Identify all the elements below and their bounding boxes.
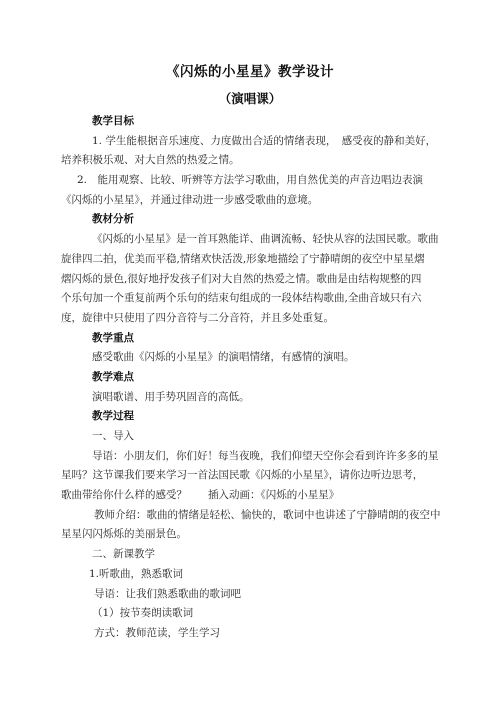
document-line: 导语：让我们熟悉歌曲的歌词吧 (61, 585, 444, 605)
document-subtitle: （演唱课） (0, 80, 500, 107)
document-line: 演唱歌谱、用手势巩固音的高低。 (61, 388, 444, 408)
section-heading: 教学过程 (61, 407, 444, 427)
document-line: 《闪烁的小星星》，并通过律动进一步感受歌曲的意境。 (61, 191, 444, 211)
document-line: 旋律四二拍，优美而平稳,情绪欢快活泼,形象地描绘了宁静晴朗的夜空中星星熠 (61, 250, 444, 270)
document-line: 星吗？这节课我们要来学习一首法国民歌《闪烁的小星星》，请你边听边思考， (61, 466, 444, 486)
document-line: 方式：教师范读，学生学习 (61, 624, 444, 644)
document-line: 1. 学生能根据音乐速度、力度做出合适的情绪表现， 感受夜的静和美好， (61, 132, 444, 152)
section-heading: 教学目标 (61, 112, 444, 132)
section-heading: 教学难点 (61, 368, 444, 388)
document-line: 1.听歌曲，熟悉歌词 (61, 565, 444, 585)
section-heading: 教学重点 (61, 329, 444, 349)
document-line: 熠闪烁的景色,很好地抒发孩子们对大自然的热爱之情。歌曲是由结构规整的四 (61, 270, 444, 290)
document-line: 导语：小朋友们，你们好！每当夜晚，我们仰望天空你会看到许许多多的星 (61, 447, 444, 467)
section-heading: 教材分析 (61, 210, 444, 230)
document-body: 教学目标1. 学生能根据音乐速度、力度做出合适的情绪表现， 感受夜的静和美好，培… (0, 112, 500, 644)
document-line: 2. 能用观察、比较、听辨等方法学习歌曲，用自然优美的声音边唱边表演 (61, 171, 444, 191)
document-line: 度，旋律中只使用了四分音符与二分音符，并且多处重复。 (61, 309, 444, 329)
document-line: 二、新课教学 (61, 545, 444, 565)
document-line: 一、导入 (61, 427, 444, 447)
document-line: 感受歌曲《闪烁的小星星》的演唱情绪，有感情的演唱。 (61, 348, 444, 368)
document-line: 个乐句加一个重复前两个乐句的结束句组成的一段体结构歌曲,全曲音域只有六 (61, 289, 444, 309)
document-line: 歌曲带给你什么样的感受？ 插入动画：《闪烁的小星星》 (61, 486, 444, 506)
document-line: 教师介绍：歌曲的情绪是轻松、愉快的，歌词中也讲述了宁静晴朗的夜空中 (61, 506, 444, 526)
document-line: 星星闪闪烁烁的美丽景色。 (61, 525, 444, 545)
document-line: 培养积极乐观、对大自然的热爱之情。 (61, 151, 444, 171)
document-page: 《闪烁的小星星》教学设计 （演唱课） 教学目标1. 学生能根据音乐速度、力度做出… (0, 0, 500, 707)
document-line: （1）按节奏朗读歌词 (61, 604, 444, 624)
document-title: 《闪烁的小星星》教学设计 (0, 0, 500, 80)
document-line: 《闪烁的小星星》是一首耳熟能详、曲调流畅、轻快从容的法国民歌。歌曲 (61, 230, 444, 250)
